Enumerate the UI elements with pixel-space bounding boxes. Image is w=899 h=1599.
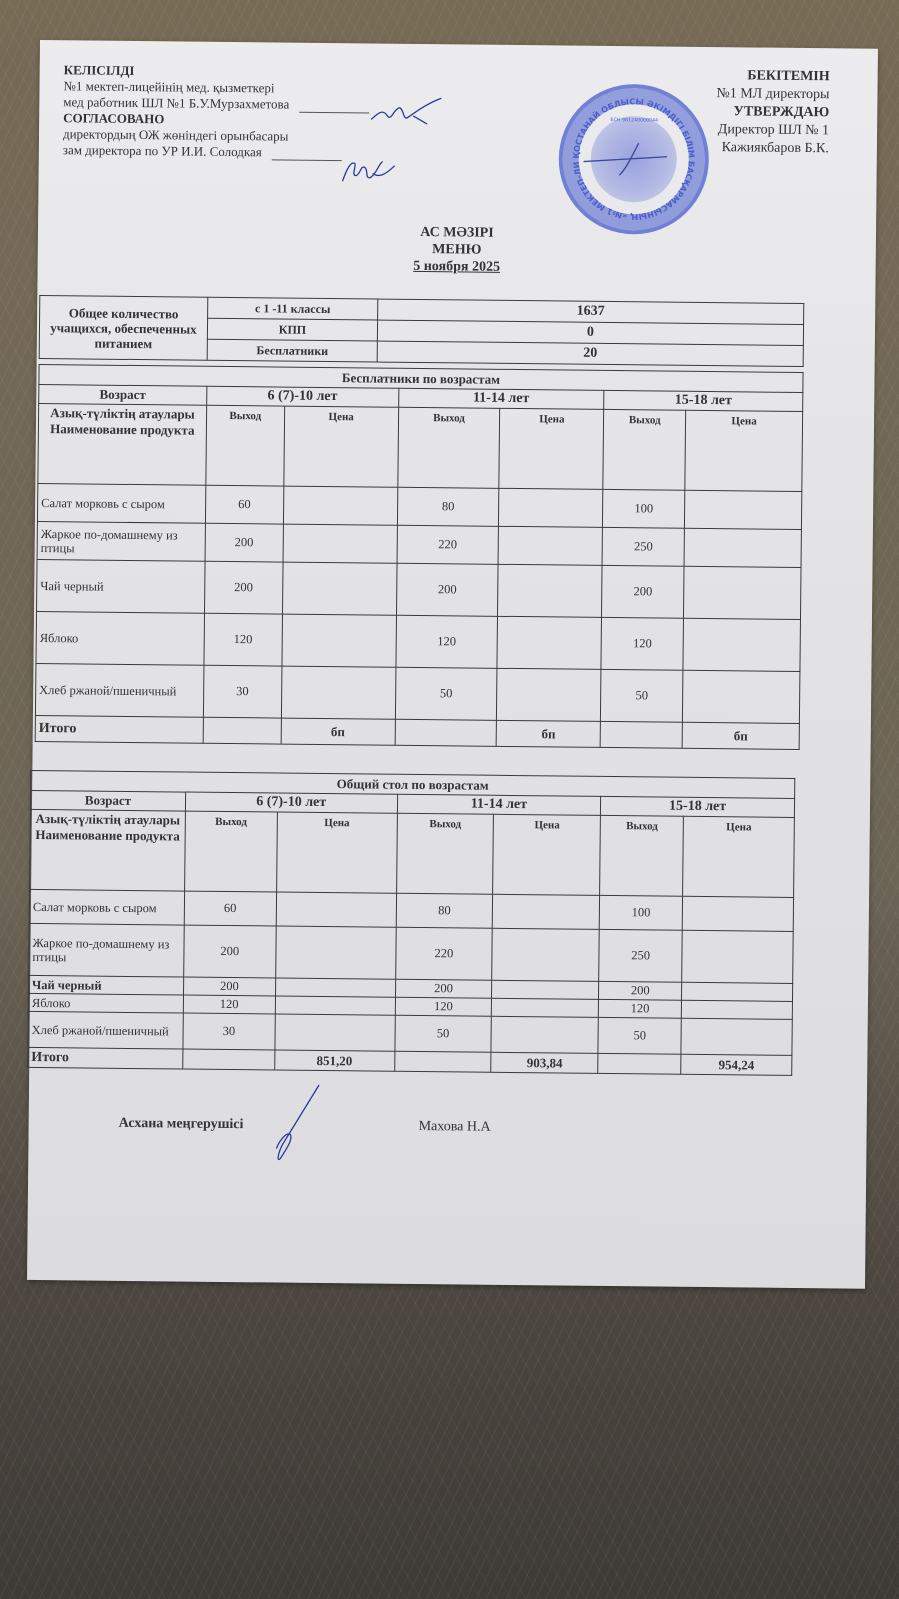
footer-name: Махова Н.А (419, 1119, 491, 1136)
summary-row-label: Бесплатники (207, 339, 377, 362)
age-label: Возраст (30, 790, 185, 811)
summary-row-value: 20 (377, 341, 803, 366)
signature-line (272, 159, 342, 161)
free-meals-table: Бесплатники по возрастамВозраст6 (7)-10 … (35, 364, 804, 750)
summary-row-label: с 1 -11 классы (208, 297, 378, 320)
price-column-header: Цена (685, 410, 803, 491)
product-name: Хлеб ржаной/пшеничный (35, 663, 203, 717)
price-cell (498, 526, 602, 565)
table-row: Жаркое по-домашнему из птицы200220250 (29, 923, 794, 983)
product-name-header: Азық-түліктің атаулары Наименование прод… (38, 404, 207, 486)
age-group-header: 15-18 лет (601, 796, 795, 817)
price-column-header: Цена (493, 814, 601, 895)
table-row: Чай черный200200200 (37, 559, 802, 619)
product-name: Хлеб ржаной/пшеничный (28, 1011, 183, 1049)
price-cell (493, 894, 600, 929)
signature-footer: Асхана меңгерушісі Махова Н.А (119, 1116, 244, 1133)
output-cell: 200 (396, 563, 498, 616)
approve-line-1: №1 МЛ директоры (716, 85, 829, 104)
total-output-cell (395, 719, 497, 746)
age-group-header: 6 (7)-10 лет (207, 386, 399, 407)
summary-table: Общее количество учащихся, обеспеченных … (39, 295, 805, 367)
table-row: Яблоко120120120 (36, 611, 801, 671)
price-cell (682, 930, 793, 983)
price-cell (275, 1014, 395, 1051)
price-cell (685, 490, 802, 529)
total-output-cell (183, 1049, 275, 1070)
price-cell (681, 1000, 792, 1019)
total-value: 954,24 (681, 1054, 792, 1075)
summary-row-label: КПП (207, 318, 377, 341)
price-cell (682, 982, 793, 1001)
price-cell (492, 998, 599, 1017)
approve-line-2: Директор ШЛ № 1 (716, 121, 829, 140)
price-cell (492, 980, 599, 999)
total-label: Итого (28, 1047, 183, 1069)
output-cell: 120 (601, 617, 683, 670)
price-cell (681, 1018, 792, 1055)
agreement-block: КЕЛІСІЛДІ №1 мектеп-лицейінің мед. қызме… (63, 62, 370, 161)
general-table: Общий стол по возрастамВозраст6 (7)-10 л… (27, 770, 795, 1076)
output-cell: 50 (394, 1015, 491, 1052)
output-cell: 200 (204, 561, 282, 614)
table-row: Хлеб ржаной/пшеничный305050 (35, 663, 800, 723)
output-column-header: Выход (396, 813, 494, 894)
output-cell: 50 (395, 667, 497, 720)
price-cell (492, 928, 599, 981)
output-cell: 50 (598, 1017, 681, 1054)
price-column-header: Цена (284, 406, 399, 487)
price-column-header: Цена (499, 408, 604, 489)
age-group-header: 15-18 лет (604, 390, 803, 411)
price-cell (499, 488, 603, 527)
product-name: Жаркое по-домашнему из птицы (29, 923, 184, 977)
output-cell: 200 (184, 925, 276, 978)
output-cell: 100 (603, 489, 685, 528)
signature-medic (369, 95, 449, 126)
price-cell (276, 892, 396, 927)
output-cell: 50 (601, 669, 683, 722)
approve-kz-heading: БЕКІТЕМІН (716, 67, 829, 86)
output-cell: 250 (599, 929, 682, 982)
price-column-header: Цена (683, 816, 795, 897)
price-cell (682, 896, 793, 931)
price-cell (684, 528, 801, 567)
output-column-header: Выход (206, 405, 285, 486)
total-value: бп (497, 720, 601, 747)
age-label: Возраст (39, 385, 207, 406)
page-title: АС МӘЗІРІ МЕНЮ 5 ноября 2025 (38, 220, 876, 280)
price-cell (497, 668, 601, 721)
output-cell: 200 (599, 981, 682, 1000)
output-cell: 200 (183, 977, 275, 996)
total-value: бп (281, 718, 395, 745)
output-cell: 100 (599, 895, 682, 930)
price-cell (283, 486, 397, 525)
signature-canteen-head (268, 1082, 329, 1173)
price-cell (497, 616, 601, 669)
total-value: 903,84 (491, 1052, 598, 1073)
price-cell (275, 926, 395, 979)
price-cell (683, 618, 800, 671)
approval-block: БЕКІТЕМІН №1 МЛ директоры УТВЕРЖДАЮ Дире… (716, 67, 830, 158)
total-output-cell (394, 1051, 491, 1072)
footer-role: Асхана меңгерушісі (119, 1116, 244, 1132)
menu-document: КЕЛІСІЛДІ №1 мектеп-лицейінің мед. қызме… (27, 40, 878, 1289)
product-name-header: Азық-түліктің атаулары Наименование прод… (30, 809, 186, 891)
output-column-header: Выход (397, 407, 500, 488)
output-cell: 120 (204, 613, 282, 666)
svg-text:БСН 981240000044: БСН 981240000044 (610, 117, 658, 123)
output-cell: 120 (183, 995, 275, 1014)
total-output-cell (600, 721, 682, 748)
agreed-line-2: мед работник ШЛ №1 Б.У.Мурзахметова (63, 94, 289, 111)
agreed-line-4: зам директора по УР И.И. Солодкая (63, 142, 262, 159)
price-cell (684, 566, 801, 619)
price-cell (491, 1016, 598, 1053)
age-group-header: 11-14 лет (398, 388, 604, 409)
approve-ru-heading: УТВЕРЖДАЮ (716, 103, 829, 122)
total-output-cell (203, 717, 281, 744)
product-name: Яблоко (36, 611, 204, 665)
product-name: Яблоко (28, 993, 183, 1013)
price-cell (275, 996, 395, 1015)
output-cell: 220 (395, 927, 492, 980)
price-cell (282, 562, 396, 615)
total-output-cell (598, 1053, 681, 1074)
output-cell: 30 (203, 665, 281, 718)
output-cell: 120 (599, 999, 682, 1018)
output-cell: 250 (602, 527, 684, 566)
output-cell: 220 (397, 525, 499, 564)
output-cell: 120 (395, 997, 492, 1016)
output-cell: 80 (396, 893, 493, 928)
product-name: Жаркое по-домашнему из птицы (37, 521, 205, 561)
price-column-header: Цена (276, 812, 397, 893)
svg-text:ҚОСТАНАЙ ОБЛЫСЫ ӘКІМДІГІ БІЛІМ: ҚОСТАНАЙ ОБЛЫСЫ ӘКІМДІГІ БІЛІМ БАСҚАРМАС… (562, 87, 697, 221)
price-cell (281, 666, 395, 719)
price-cell (282, 614, 396, 667)
price-cell (275, 978, 395, 997)
total-label: Итого (35, 715, 203, 743)
seal-text: ҚОСТАНАЙ ОБЛЫСЫ ӘКІМДІГІ БІЛІМ БАСҚАРМАС… (562, 87, 705, 230)
price-cell (498, 564, 602, 617)
product-name: Салат морковь с сыром (37, 484, 205, 524)
product-name: Чай черный (37, 559, 205, 613)
output-cell: 60 (184, 891, 276, 926)
price-cell (683, 670, 800, 723)
age-group-header: 11-14 лет (397, 794, 601, 815)
output-column-header: Выход (603, 409, 686, 490)
approve-line-3: Кажиякбаров Б.К. (716, 139, 829, 158)
official-seal: ҚОСТАНАЙ ОБЛЫСЫ ӘКІМДІГІ БІЛІМ БАСҚАРМАС… (558, 83, 710, 235)
output-column-header: Выход (600, 815, 684, 896)
output-cell: 80 (397, 487, 499, 526)
output-cell: 60 (205, 485, 283, 524)
product-name: Чай черный (29, 975, 184, 995)
output-cell: 120 (395, 615, 497, 668)
output-column-header: Выход (184, 811, 277, 892)
signature-deputy (338, 155, 408, 186)
price-cell (283, 524, 397, 563)
product-name: Салат морковь с сыром (29, 889, 184, 925)
output-cell: 30 (183, 1013, 275, 1050)
total-value: 851,20 (274, 1050, 394, 1071)
age-group-header: 6 (7)-10 лет (185, 792, 397, 813)
total-value: бп (682, 722, 799, 749)
output-cell: 200 (395, 979, 492, 998)
summary-label: Общее количество учащихся, обеспеченных … (39, 296, 208, 361)
output-cell: 200 (205, 523, 283, 562)
output-cell: 200 (602, 565, 684, 618)
